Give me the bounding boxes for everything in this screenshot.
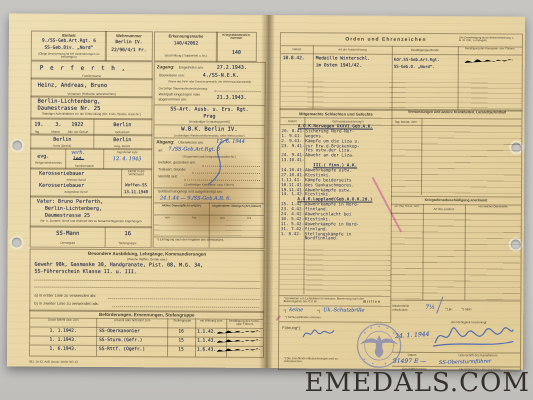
battle-list: A.O.K.Norwegen XXXVI.Geb.A.K.20. 8.41-Si… [280,125,391,243]
blank-line [34,287,259,289]
verwenden-b-label: b) in zweiter Linie zu verwenden als: [34,301,99,306]
wehrnummer-label: Wehrnummer [106,33,152,38]
punch-hole [12,140,22,150]
ersatz-value-1: SS-Art. Ausb. u. Ers. Rgt. [154,106,264,113]
abgang-title: Abgang: [156,139,174,144]
cert-gz-value: 31497 E — [393,358,426,365]
wehrmacht-value-1: Waffen-SS [121,182,151,187]
orden-row-urkunde-2: SS-Geb.D. „Nord“. [394,64,435,69]
soldbuch-value: 24.1.44 — 9./SS-Geb.A.R. 6. [160,195,231,201]
bef-r0-rank: SS-Oberkanonier [99,329,140,334]
fuehrung-handwriting [301,325,337,341]
familienstand-datum-cols: Tag Monat Jahr [103,150,151,154]
religion-value: evg. [37,154,49,160]
cert-rank-value: SS-Obersturmführer [439,358,491,366]
print-footer: 981. Dt 42. Aufl. Druck: Berlin NO 43 [29,360,78,364]
vermisst-label: Vermißt seit: [158,174,177,178]
orden-col-bestaetigung: Bestätigung des Kompanie- usw. Führers [461,47,519,50]
einheit-value-2: SS-Geb.Div. „Nord“ [32,46,106,51]
eingetreten-label: Eingetreten am: [179,65,204,69]
einheit-note: (Obige Bezeichnung ist bei Veränderungen… [33,53,105,60]
geb-monat: 3. [55,122,61,128]
fuehrung-footnote: *) Die zutreffenden Bezeichnungen sind z… [284,357,351,364]
verwundungen-col: Tag, Monat, Jahr [394,120,416,124]
dienstgrad-value: SS-Mann [31,231,105,237]
bef-col-4: Bestätigung des Komp.- usw. Führers [227,320,262,327]
wohnort-label: Ständiger Aufenthaltsort vor der Einberu… [33,113,149,117]
fill-line [112,306,259,308]
ink-slash-mark [194,137,240,187]
gruende-label: Todesart, Gründe: [158,167,186,171]
beruf-ausgeuebt: Karosseriebauer [39,183,84,189]
orden-row-datum: 10.8.42. [283,56,305,61]
abgang-an-label: an: [158,148,163,152]
signature [216,337,261,346]
bef-r1-rank: SS-Sturm.(Gefr.) [99,338,142,343]
watermark: EMEDALS.COM [305,368,530,398]
dienstgrad-label: Dienstgrad [31,241,105,245]
brillen-keine-star: *) [283,308,286,313]
wehrmacht-value-2: 13.11.1940 [121,189,151,194]
blank-line [34,280,259,282]
empty-rows [391,126,521,196]
maske-nein: *) nein [461,307,471,311]
bef-r2-datum: 1. 6.1943. [30,347,96,352]
bef-r1-gruppe: 15 [167,338,195,343]
orden-note: (mit Genehmigung durch Bekanntmachung, z… [459,37,515,43]
einheit-label: Einheit [32,33,106,38]
empty-rows [390,214,521,301]
brillen-keine-value: keine [289,307,303,313]
orden-row-art-1: Medaille Winterschl. [316,56,370,61]
ueberwiesen-von-value: 4./SS-N.E.K. [203,73,239,79]
orden-row-art-2: im Osten 1941/42. [316,63,362,68]
bef-r2-gruppe: 15 [167,347,195,352]
zugang-title: Zugang: [157,64,175,69]
bef-r1-wirkung: 1.1.43. [197,339,216,344]
empty-rows [279,245,390,295]
angehoeriger-label: Vor- u. Zuname, Beruf und Wohnort des zu… [33,220,149,224]
maske-ja: *) ja [445,307,451,311]
ueberwiesen-von-label: Überwiesen von: [159,73,185,77]
ausbildung-box: Besondere Ausbildung, Lehrgänge, Kommand… [29,249,264,313]
kdb-title: Kriegsdienstbeschädigung anerkannt [391,198,521,203]
rule [281,53,522,55]
eingetreten-value: 27.2.1943. [217,65,247,71]
erkennungsmarke-note: Beschriftung (Truppenteil u. Nr.) [155,53,217,57]
kreis-value: Berlin [31,137,93,143]
fill-line [215,91,261,92]
erkennungsmarke-label: Erkennungsmarke [155,33,217,38]
bef-col-0: Durch Befehl usw. vom [31,319,95,323]
stammrollen-value: 140 [217,50,256,56]
bef-r0-datum: 1. 1.1942. [30,329,96,334]
familienstand-handwritten: verh. [71,150,84,156]
familienstand-printed: led. [73,157,84,162]
photo-stage: Einheit 9./SS-Geb.Art.Rgt. 6 SS-Geb.Div.… [0,0,533,400]
zugang-box: Zugang: Eingetreten am: 27.2.1943. Überw… [153,61,266,249]
battle-text: Nordfinnland. [305,238,339,243]
wehrnummer-value-1: Berlin IV. [106,40,152,45]
schlachten-title: Mitgemachte Schlachten und Gefechte [280,111,391,117]
dienstzeit-footnote: *) Eintragung nach den Angaben des Wehrp… [157,238,261,242]
bef-r1-datum: 1. 1.1943. [30,338,96,343]
bis-label: bis [236,216,263,220]
wehrpass-label-2: abgenommen am: [159,97,187,101]
maske-size-value: 7½ [425,304,435,311]
wehrnummer-value-2: 22/90/4/1 Fr. [106,48,152,53]
signature-large [431,321,515,350]
schlachten-footnote: *) Einkleben von Lichtbildern ist verbot… [284,297,371,304]
erkennungsmarke-box: Erkennungsmarke 140/42062 Beschriftung (… [154,31,218,61]
cert-datum-value: 24. 1. 1944 [395,331,430,340]
bef-r0-gruppe: 16 [167,329,195,334]
ausbildung-line-2: SS-Führerschein Klasse II. u. III. [34,269,136,276]
bef-r2-wirkung: 1.6.43. [197,348,216,353]
erkennungsmarke-value: 140/42062 [155,41,217,46]
cert-unterschrift-label: Unterschrift des Karteiführers [437,353,519,358]
orden-col-urkunde: Bestätigungsurkunde [392,48,458,52]
bef-col-3: mit Wirkung vom [196,320,226,323]
orden-box: Orden und Ehrenzeichen (mit Genehmigung … [279,32,522,111]
geburtsort: Berlin [93,122,151,128]
wohnort-value-1: Berlin-Lichtenberg, [38,99,101,105]
dienstgrad-box: SS-Mann Dienstgrad 16 Stufengruppe [30,226,152,249]
gefallen-label: Gefallen, gestorben am: [158,160,195,164]
rule [390,300,520,302]
brillen-note: *) Nichtzutreffendes streichen. [285,315,321,319]
signature [216,346,261,355]
angehoeriger-2: Berlin-Lichtenberg, [45,206,102,212]
familienname-value: P e r f e r t h , [40,65,127,73]
battle-line: Nordfinnland. [280,238,390,244]
orden-title: Orden und Ehrenzeichen [321,36,451,43]
bef-r2-rank: SS-Rttf. (Ogefr.) [99,347,145,352]
dienstzeit-col-1: Aktive Dienstpflicht erfüllt*) [155,204,208,208]
verwundungen-title: Verwundungen und andere Krankheiten, Laz… [393,111,520,116]
punch-hole [12,237,22,247]
schlachten-col-datum: Datum [280,119,304,123]
stufengruppe-label: Stufengruppe [105,241,151,245]
einheit-value-1: 9./SS-Geb.Art.Rgt. 6 [32,39,106,44]
orden-col-art: Art der Auszeichnung [313,47,392,51]
brillen-schutz-value: Uk.-Schutzbrille [323,307,364,313]
wehrpass-value: 21.3.1943. [217,95,247,101]
von-label: von [209,216,236,220]
einheit-box: Einheit 9./SS-Geb.Art.Rgt. 6 SS-Geb.Div.… [31,31,107,61]
empty-rows [154,220,264,236]
cert-datum-label: Datum [392,353,432,357]
brillen-schutz-star: *) [317,308,320,313]
regbez-value: Berlin [93,137,151,143]
ersatz-note: (zuständiger Ersatztruppenteil) [154,119,264,124]
fill-line [108,298,259,300]
bef-col-1: ernannt oder befördert zum [97,319,167,323]
befoerderungen-box: Beförderungen, Ernennungen, Stufengruppe… [29,310,264,358]
maske-label-2: erforderlich: [392,308,408,312]
wohnort-box: Berlin-Lichtenberg, Daumestrasse Nr. 25 … [30,96,152,121]
signature [463,56,515,66]
brillen-title: B r i l l e n [363,300,380,304]
orden-row-urkunde-1: Kdr.SS-Geb.Art.Rgt. [394,57,440,62]
beruf-box: Karosseriebauer erlernter Beruf Karosser… [30,168,152,199]
angehoeriger-box: Vater: Bruno Perferth, Berlin-Lichtenber… [30,196,152,229]
bef-r0-wirkung: 1.1.42. [197,330,216,335]
gefechte-verwundungen-box: Mitgemachte Schlachten und Gefechte Datu… [278,108,523,371]
schlachten-col-bez: Gefechtsbezeichnung*) [304,119,391,124]
geb-jahr: 1922 [71,122,83,128]
ueberwiesen-von-note: (Name des Feld- oder Ersatztruppenteils,… [160,80,259,84]
familienstand-datum: 12. 4. 1943 [103,156,151,162]
signature [216,328,261,337]
wehrnummer-box: Wehrnummer Berlin IV. 22/90/4/1 Fr. [105,31,153,61]
geb-tag: 19. [34,122,43,128]
ausbildung-line-1: Gewehr 98k, Gasmaske 30, Handgranate, Pi… [35,262,204,269]
wehrmacht-label: Eintritt in die Wehrmacht [122,170,150,177]
religion-label: Religionsbekenntnis [31,162,65,166]
beruf-erlernt: Karosseriebauer [39,171,84,177]
beruf-erlernt-label: erlernter Beruf [31,178,121,183]
vornamen-value: Heinz, Andreas, Bruno [38,83,108,89]
fuehrung-label: Führung*): [282,325,301,330]
stufengruppe-value: 16 [105,231,151,237]
bis-label: bis [181,215,208,219]
von-label: von [154,215,181,219]
stammrolle-note: Derzeitige Stammrollenbezeichnung: [159,86,208,90]
wbk-value: W.B.K. Berlin IV. [154,126,264,133]
kdb-col-0: am (Tag, Monat, Jahr) [394,205,420,208]
kdb-col-1: Art des Leidens [423,207,465,211]
stammrollen-label: Kriegsstammrollen-nummer [218,34,255,41]
bef-col-2: Stufengruppe [168,319,196,322]
dienstzeit-col-2: Abgeleistete Übungen (Art, Dauer) [210,205,263,209]
beruf-ausgeuebt-label: ausgeübter Beruf [31,190,121,195]
orden-col-datum: Datum [281,47,313,51]
wehrpass-label-1: Wehrpaß eingezogen oder [159,92,200,96]
empty-rows [281,77,522,109]
stammrollen-box: Kriegsstammrollen-nummer 140 [216,32,257,62]
kdb-col-2: von welcher Dienststelle [469,205,518,208]
angehoeriger-1: Vater: Bruno Perferth, [37,199,103,205]
document-scan: Einheit 9./SS-Geb.Art.Rgt. 6 SS-Geb.Div.… [7,13,525,369]
soldbuch-label: Soldbuch angelegt und ausgehändigt am: [158,189,223,193]
verwenden-a-label: a) in erster Linie zu verwenden als: [34,293,96,298]
